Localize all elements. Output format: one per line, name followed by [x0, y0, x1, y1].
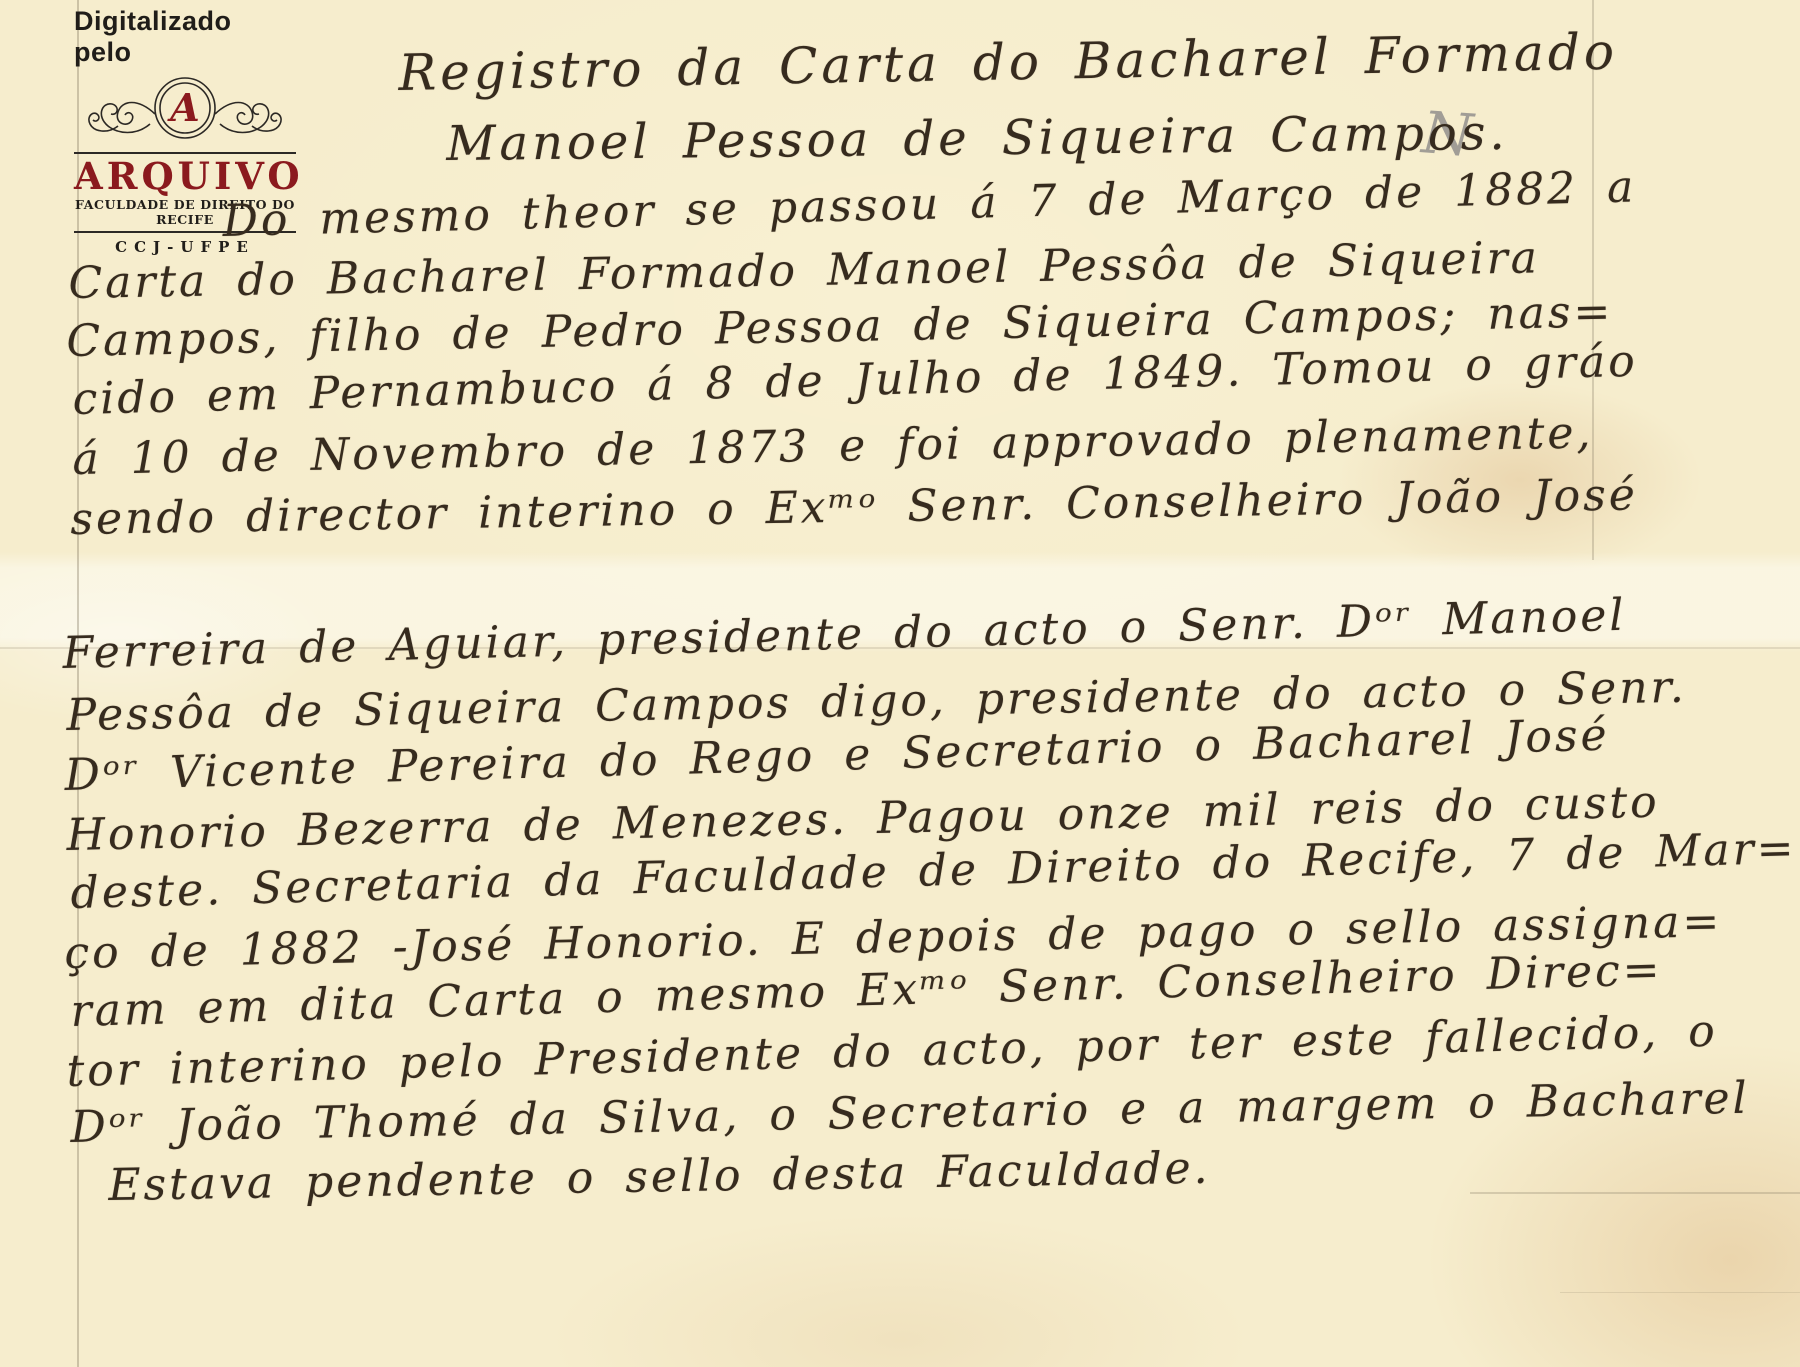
manuscript-title-line: Registro da Carta do Bacharel Formado: [398, 23, 1618, 102]
manuscript-line: Ferreira de Aguiar, presidente do acto o…: [62, 590, 1627, 679]
scanned-document-page: Digitalizado pelo A ARQUIVO FACULDADE DE…: [0, 0, 1800, 1367]
manuscript-title-line: Manoel Pessoa de Siqueira Campos.: [446, 105, 1509, 172]
archive-monogram-ornament-icon: A: [78, 68, 292, 152]
digitized-by-label: Digitalizado pelo: [74, 6, 296, 68]
archive-name: ARQUIVO: [74, 152, 296, 197]
monogram-letter: A: [167, 85, 199, 130]
bottom-right-rule-2: [1560, 1292, 1800, 1293]
manuscript-line: Estava pendente o sello desta Faculdade.: [108, 1143, 1211, 1211]
bottom-right-rule: [1470, 1192, 1800, 1194]
